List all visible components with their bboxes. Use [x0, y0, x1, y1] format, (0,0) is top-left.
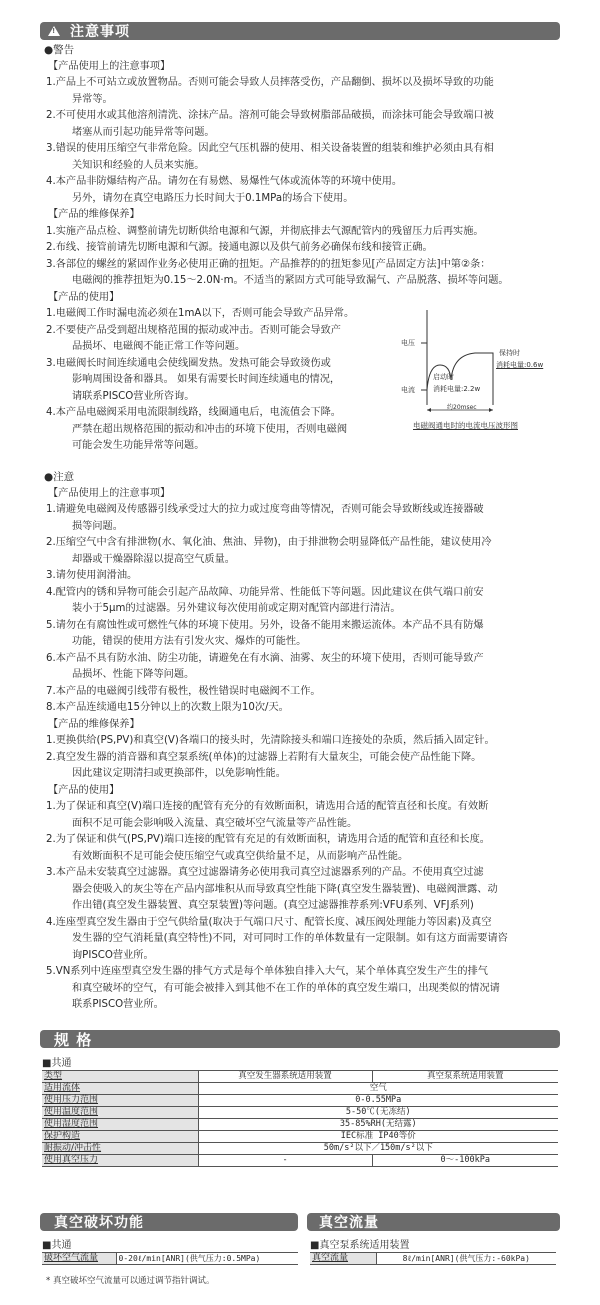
vacuum-flow-table: 真空流量 8ℓ/min[ANR](供气压力:-60kPa)	[310, 1252, 556, 1265]
warning-triangle-icon	[48, 26, 60, 36]
vacuum-break-header: 真空破坏功能	[40, 1213, 298, 1231]
hold-power: 消耗电量:0.6w	[496, 360, 543, 370]
specs-table: 类型 真空发生器系统适用装置 真空泵系统适用装置 适用流体 空气 使用压力范围 …	[42, 1070, 558, 1167]
vacuum-flow-title: 真空流量	[319, 1212, 379, 1232]
voltage-label: 电压	[401, 338, 415, 348]
vacuum-break-title: 真空破坏功能	[54, 1212, 144, 1232]
list-item: 3.错误的使用压缩空气非常危险。因此空气压机器的使用、相关设备装置的组装和维护必…	[44, 141, 564, 174]
list-item: 1.为了保证和真空(V)端口连接的配管有充分的有效断面积，请选用合适的配管直径和…	[44, 799, 564, 832]
table-row: 真空流量 8ℓ/min[ANR](供气压力:-60kPa)	[310, 1253, 556, 1265]
specs-subtitle: ■共通	[42, 1054, 71, 1069]
list-item: 1.更换供给(PS,PV)和真空(V)各端口的接头时，先清除接头和端口连接处的杂…	[44, 733, 564, 750]
group-title: 【产品使用上的注意事项】	[44, 486, 564, 503]
list-item: 2.不可使用水或其他溶剂清洗、涂抹产品。溶剂可能会导致树脂部品破损，而涂抹可能会…	[44, 108, 564, 141]
table-row: 使用真空压力 - 0～-100kPa	[42, 1155, 558, 1167]
list-item: 4.本产品非防爆结构产品。请勿在有易燃、易爆性气体或流体等的环境中使用。另外，请…	[44, 174, 564, 207]
list-item: 3.电磁阀长时间连续通电会使线圈发热。发热可能会导致烫伤或影响周围设备和器具。 …	[44, 356, 389, 406]
vacuum-break-table: 破坏空气流量 0-20ℓ/min[ANR](供气压力:0.5MPa)	[42, 1252, 298, 1265]
table-row: 使用温度范围 5-50℃(无冻结)	[42, 1107, 558, 1119]
list-item: 2.为了保证和供气(PS,PV)端口连接的配管有充足的有效断面积，请选用合适的配…	[44, 832, 564, 865]
list-item: 8.本产品连续通电15分钟以上的次数上限为10次/天。	[44, 700, 564, 717]
precautions-title: 注意事项	[70, 21, 130, 41]
list-item: 2.布线、接管前请先切断电源和气源。接通电源以及供气前务必确保布线和接管正确。	[44, 240, 564, 257]
group-title: 【产品的维修保养】	[44, 207, 564, 224]
table-row: 使用湿度范围 35-85%RH(无结露)	[42, 1119, 558, 1131]
startup-label: 启动时	[433, 372, 454, 382]
specs-header: 规 格	[40, 1030, 560, 1048]
table-row: 适用流体 空气	[42, 1083, 558, 1095]
caution-heading: ●注意	[44, 469, 564, 486]
table-row: 使用压力范围 0-0.55MPa	[42, 1095, 558, 1107]
table-row: 破坏空气流量 0-20ℓ/min[ANR](供气压力:0.5MPa)	[42, 1253, 298, 1265]
caution-section: ●注意 【产品使用上的注意事项】 1.请避免电磁阀及传感器引线承受过大的拉力或过…	[44, 469, 564, 1014]
list-item: 7.本产品的电磁阀引线带有极性，极性错误时电磁阀不工作。	[44, 684, 564, 701]
list-item: 3.本产品未安装真空过滤器。真空过滤器请务必使用我司真空过滤器系列的产品。不使用…	[44, 865, 564, 915]
waveform-chart-icon	[395, 310, 580, 420]
list-item: 3.各部位的螺丝的紧固作业务必使用正确的扭矩。产品推荐的的扭矩参见[产品固定方法…	[44, 257, 564, 290]
duration-label: 约20msec	[447, 402, 477, 411]
list-item: 2.真空发生器的消音器和真空泵系统(单体)的过滤器上若附有大量灰尘，可能会使产品…	[44, 750, 564, 783]
table-row: 耐振动/冲击性 50m/s²以下／150m/s²以下	[42, 1143, 558, 1155]
list-item: 4.连座型真空发生器由于空气供给量(取决于气端口尺寸、配管长度、减压阀处理能力等…	[44, 915, 564, 965]
list-item: 1.电磁阀工作时漏电流必须在1mA以下，否则可能会导致产品异常。	[44, 306, 389, 323]
list-item: 2.不要使产品受到超出规格范围的振动或冲击。否则可能会导致产品损坏、电磁阀不能正…	[44, 323, 389, 356]
list-item: 2.压缩空气中含有排泄物(水、氧化油、焦油、异物)，由于排泄物会明显降低产品性能…	[44, 535, 564, 568]
list-item: 3.请勿使用润滑油。	[44, 568, 564, 585]
vacuum-flow-subtitle: ■真空泵系统适用装置	[310, 1236, 409, 1251]
group-title: 【产品的使用】	[44, 783, 564, 800]
list-item: 4.本产品电磁阀采用电流限制线路，线圈通电后，电流值会下降。严禁在超出规格范围的…	[44, 405, 389, 455]
vacuum-flow-header: 真空流量	[307, 1213, 560, 1231]
warning-heading: ●警告	[44, 42, 564, 59]
precautions-header: 注意事项	[40, 22, 560, 40]
group-title: 【产品使用上的注意事项】	[44, 59, 564, 76]
list-item: 5.VN系列中连座型真空发生器的排气方式是每个单体独自排入大气，某个单体真空发生…	[44, 964, 564, 1014]
startup-power: 消耗电量:2.2w	[433, 384, 480, 394]
list-item: 4.配管内的锈和异物可能会引起产品故障、功能异常、性能低下等问题。因此建议在供气…	[44, 585, 564, 618]
table-row: 保护构造 IEC标准 IP40等价	[42, 1131, 558, 1143]
vacuum-break-subtitle: ■共通	[42, 1236, 71, 1251]
hold-label: 保持时	[499, 348, 520, 358]
group-title: 【产品的维修保养】	[44, 717, 564, 734]
list-item: 6.本产品不具有防水油、防尘功能，请避免在有水滴、油雾、灰尘的环境下使用，否则可…	[44, 651, 564, 684]
list-item: 1.实施产品点检、调整前请先切断供给电源和气源，并彻底排去气源配管内的残留压力后…	[44, 224, 564, 241]
current-label: 电流	[401, 385, 415, 395]
diagram-caption: 电磁阀通电时的电流电压波形图	[413, 420, 518, 431]
vacuum-break-note: * 真空破坏空气流量可以通过调节指针调试。	[46, 1274, 214, 1286]
list-item: 1.产品上不可站立或放置物品。否则可能会导致人员摔落受伤，产品翻倒、损坏以及损坏…	[44, 75, 564, 108]
group-title: 【产品的使用】	[44, 290, 564, 307]
list-item: 1.请避免电磁阀及传感器引线承受过大的拉力或过度弯曲等情况，否则可能会导致断线或…	[44, 502, 564, 535]
list-item: 5.请勿在有腐蚀性或可燃性气体的环境下使用。另外，设备不能用来搬运流体。本产品不…	[44, 618, 564, 651]
table-row: 类型 真空发生器系统适用装置 真空泵系统适用装置	[42, 1071, 558, 1083]
specs-title: 规 格	[54, 1029, 92, 1050]
